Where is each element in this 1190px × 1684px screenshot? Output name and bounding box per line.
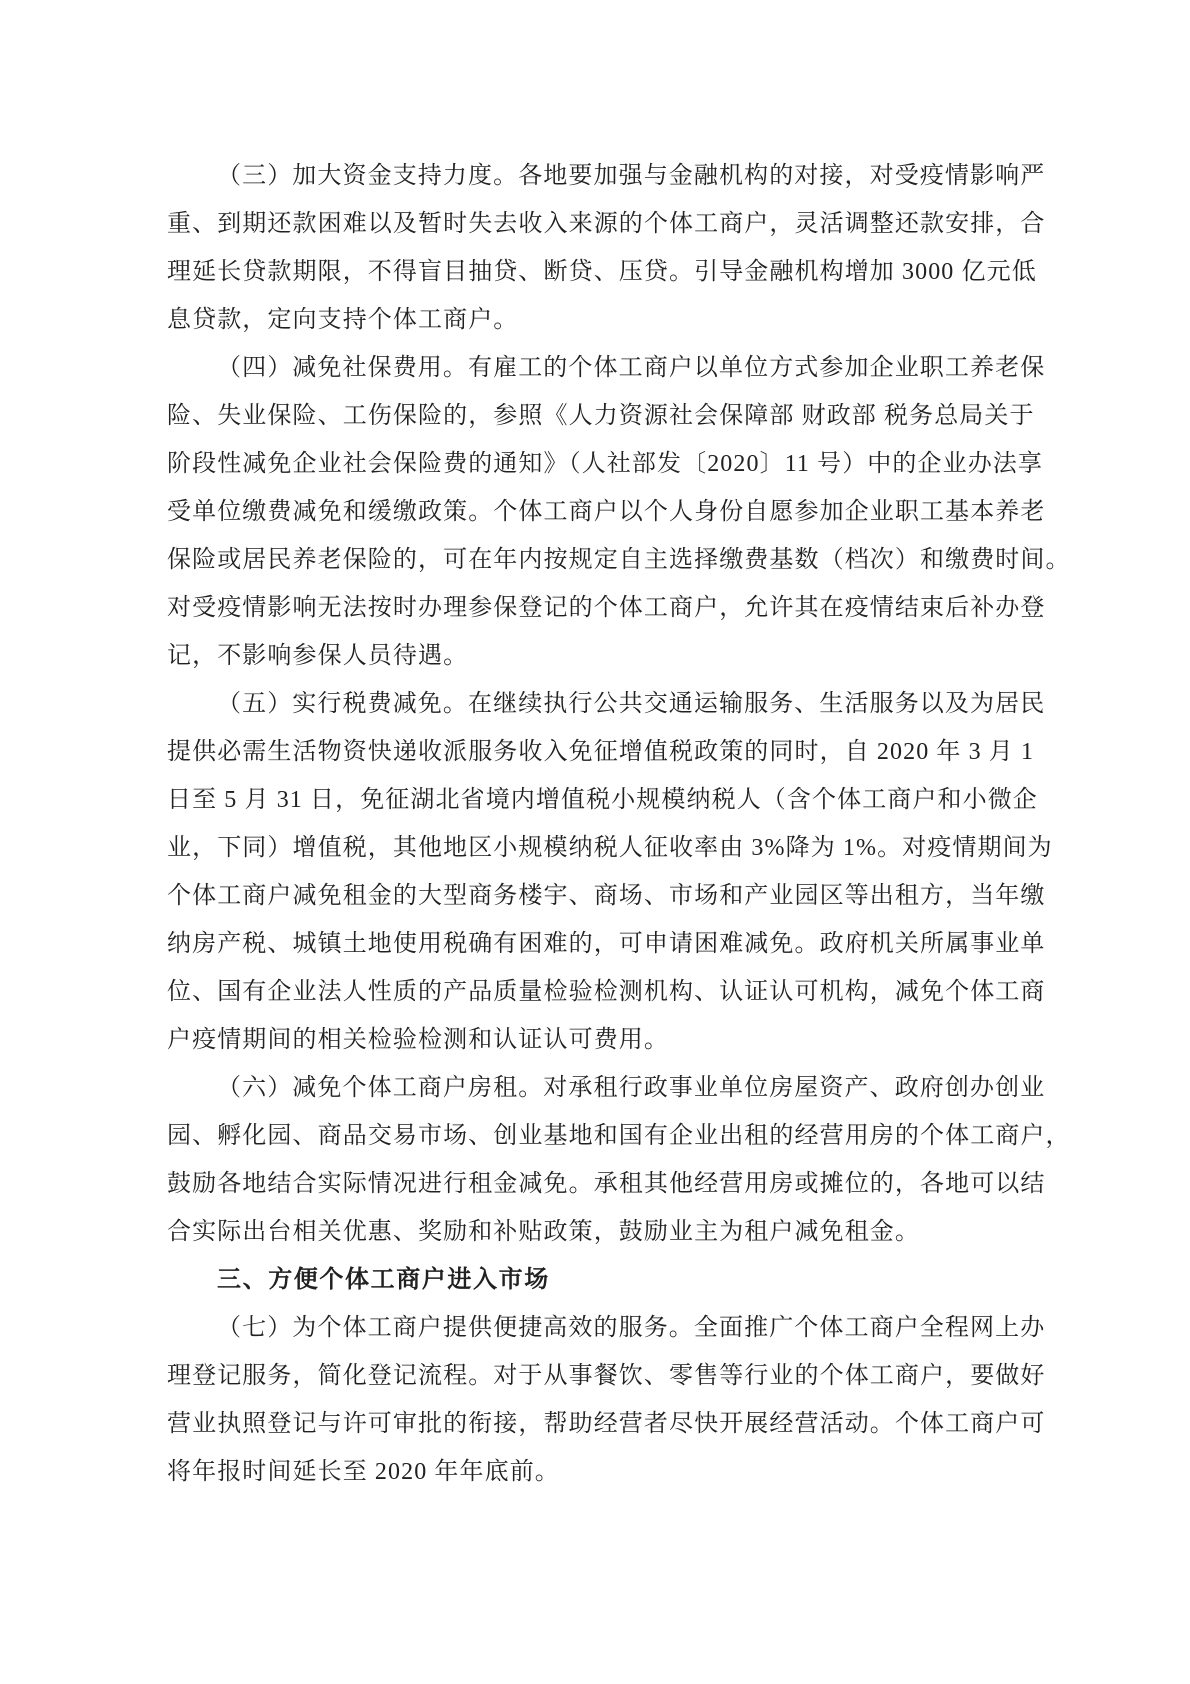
text-line: 日至 5 月 31 日，免征湖北省境内增值税小规模纳税人（含个体工商户和小微企 <box>167 776 1023 824</box>
text-line: 记，不影响参保人员待遇。 <box>167 632 1023 680</box>
text-line: 合实际出台相关优惠、奖励和补贴政策，鼓励业主为租户减免租金。 <box>167 1208 1023 1256</box>
text-line: 纳房产税、城镇土地使用税确有困难的，可申请困难减免。政府机关所属事业单 <box>167 920 1023 968</box>
text-line: 园、孵化园、商品交易市场、创业基地和国有企业出租的经营用房的个体工商户， <box>167 1112 1023 1160</box>
paragraph-first-line: （三）加大资金支持力度。各地要加强与金融机构的对接，对受疫情影响严 <box>167 152 1023 200</box>
document-page: （三）加大资金支持力度。各地要加强与金融机构的对接，对受疫情影响严 重、到期还款… <box>0 0 1190 1684</box>
paragraph-first-line: （五）实行税费减免。在继续执行公共交通运输服务、生活服务以及为居民 <box>167 680 1023 728</box>
text-line: 提供必需生活物资快递收派服务收入免征增值税政策的同时，自 2020 年 3 月 … <box>167 728 1023 776</box>
text-line: 受单位缴费减免和缓缴政策。个体工商户以个人身份自愿参加企业职工基本养老 <box>167 488 1023 536</box>
section-heading: 三、方便个体工商户进入市场 <box>167 1256 1023 1304</box>
text-line: 理登记服务，简化登记流程。对于从事餐饮、零售等行业的个体工商户，要做好 <box>167 1352 1023 1400</box>
text-line: 对受疫情影响无法按时办理参保登记的个体工商户，允许其在疫情结束后补办登 <box>167 584 1023 632</box>
text-line: 息贷款，定向支持个体工商户。 <box>167 296 1023 344</box>
text-line: 保险或居民养老保险的，可在年内按规定自主选择缴费基数（档次）和缴费时间。 <box>167 536 1023 584</box>
text-line: 将年报时间延长至 2020 年年底前。 <box>167 1448 1023 1496</box>
text-line: 业，下同）增值税，其他地区小规模纳税人征收率由 3%降为 1%。对疫情期间为 <box>167 824 1023 872</box>
text-line: 个体工商户减免租金的大型商务楼宇、商场、市场和产业园区等出租方，当年缴 <box>167 872 1023 920</box>
text-line: 重、到期还款困难以及暂时失去收入来源的个体工商户，灵活调整还款安排，合 <box>167 200 1023 248</box>
text-line: 户疫情期间的相关检验检测和认证认可费用。 <box>167 1016 1023 1064</box>
text-line: 鼓励各地结合实际情况进行租金减免。承租其他经营用房或摊位的，各地可以结 <box>167 1160 1023 1208</box>
document-body: （三）加大资金支持力度。各地要加强与金融机构的对接，对受疫情影响严 重、到期还款… <box>167 152 1023 1496</box>
text-line: 阶段性减免企业社会保险费的通知》（人社部发〔2020〕11 号）中的企业办法享 <box>167 440 1023 488</box>
text-line: 营业执照登记与许可审批的衔接，帮助经营者尽快开展经营活动。个体工商户可 <box>167 1400 1023 1448</box>
text-line: 位、国有企业法人性质的产品质量检验检测机构、认证认可机构，减免个体工商 <box>167 968 1023 1016</box>
paragraph-first-line: （六）减免个体工商户房租。对承租行政事业单位房屋资产、政府创办创业 <box>167 1064 1023 1112</box>
paragraph-first-line: （四）减免社保费用。有雇工的个体工商户以单位方式参加企业职工养老保 <box>167 344 1023 392</box>
paragraph-first-line: （七）为个体工商户提供便捷高效的服务。全面推广个体工商户全程网上办 <box>167 1304 1023 1352</box>
text-line: 理延长贷款期限，不得盲目抽贷、断贷、压贷。引导金融机构增加 3000 亿元低 <box>167 248 1023 296</box>
text-line: 险、失业保险、工伤保险的，参照《人力资源社会保障部 财政部 税务总局关于 <box>167 392 1023 440</box>
